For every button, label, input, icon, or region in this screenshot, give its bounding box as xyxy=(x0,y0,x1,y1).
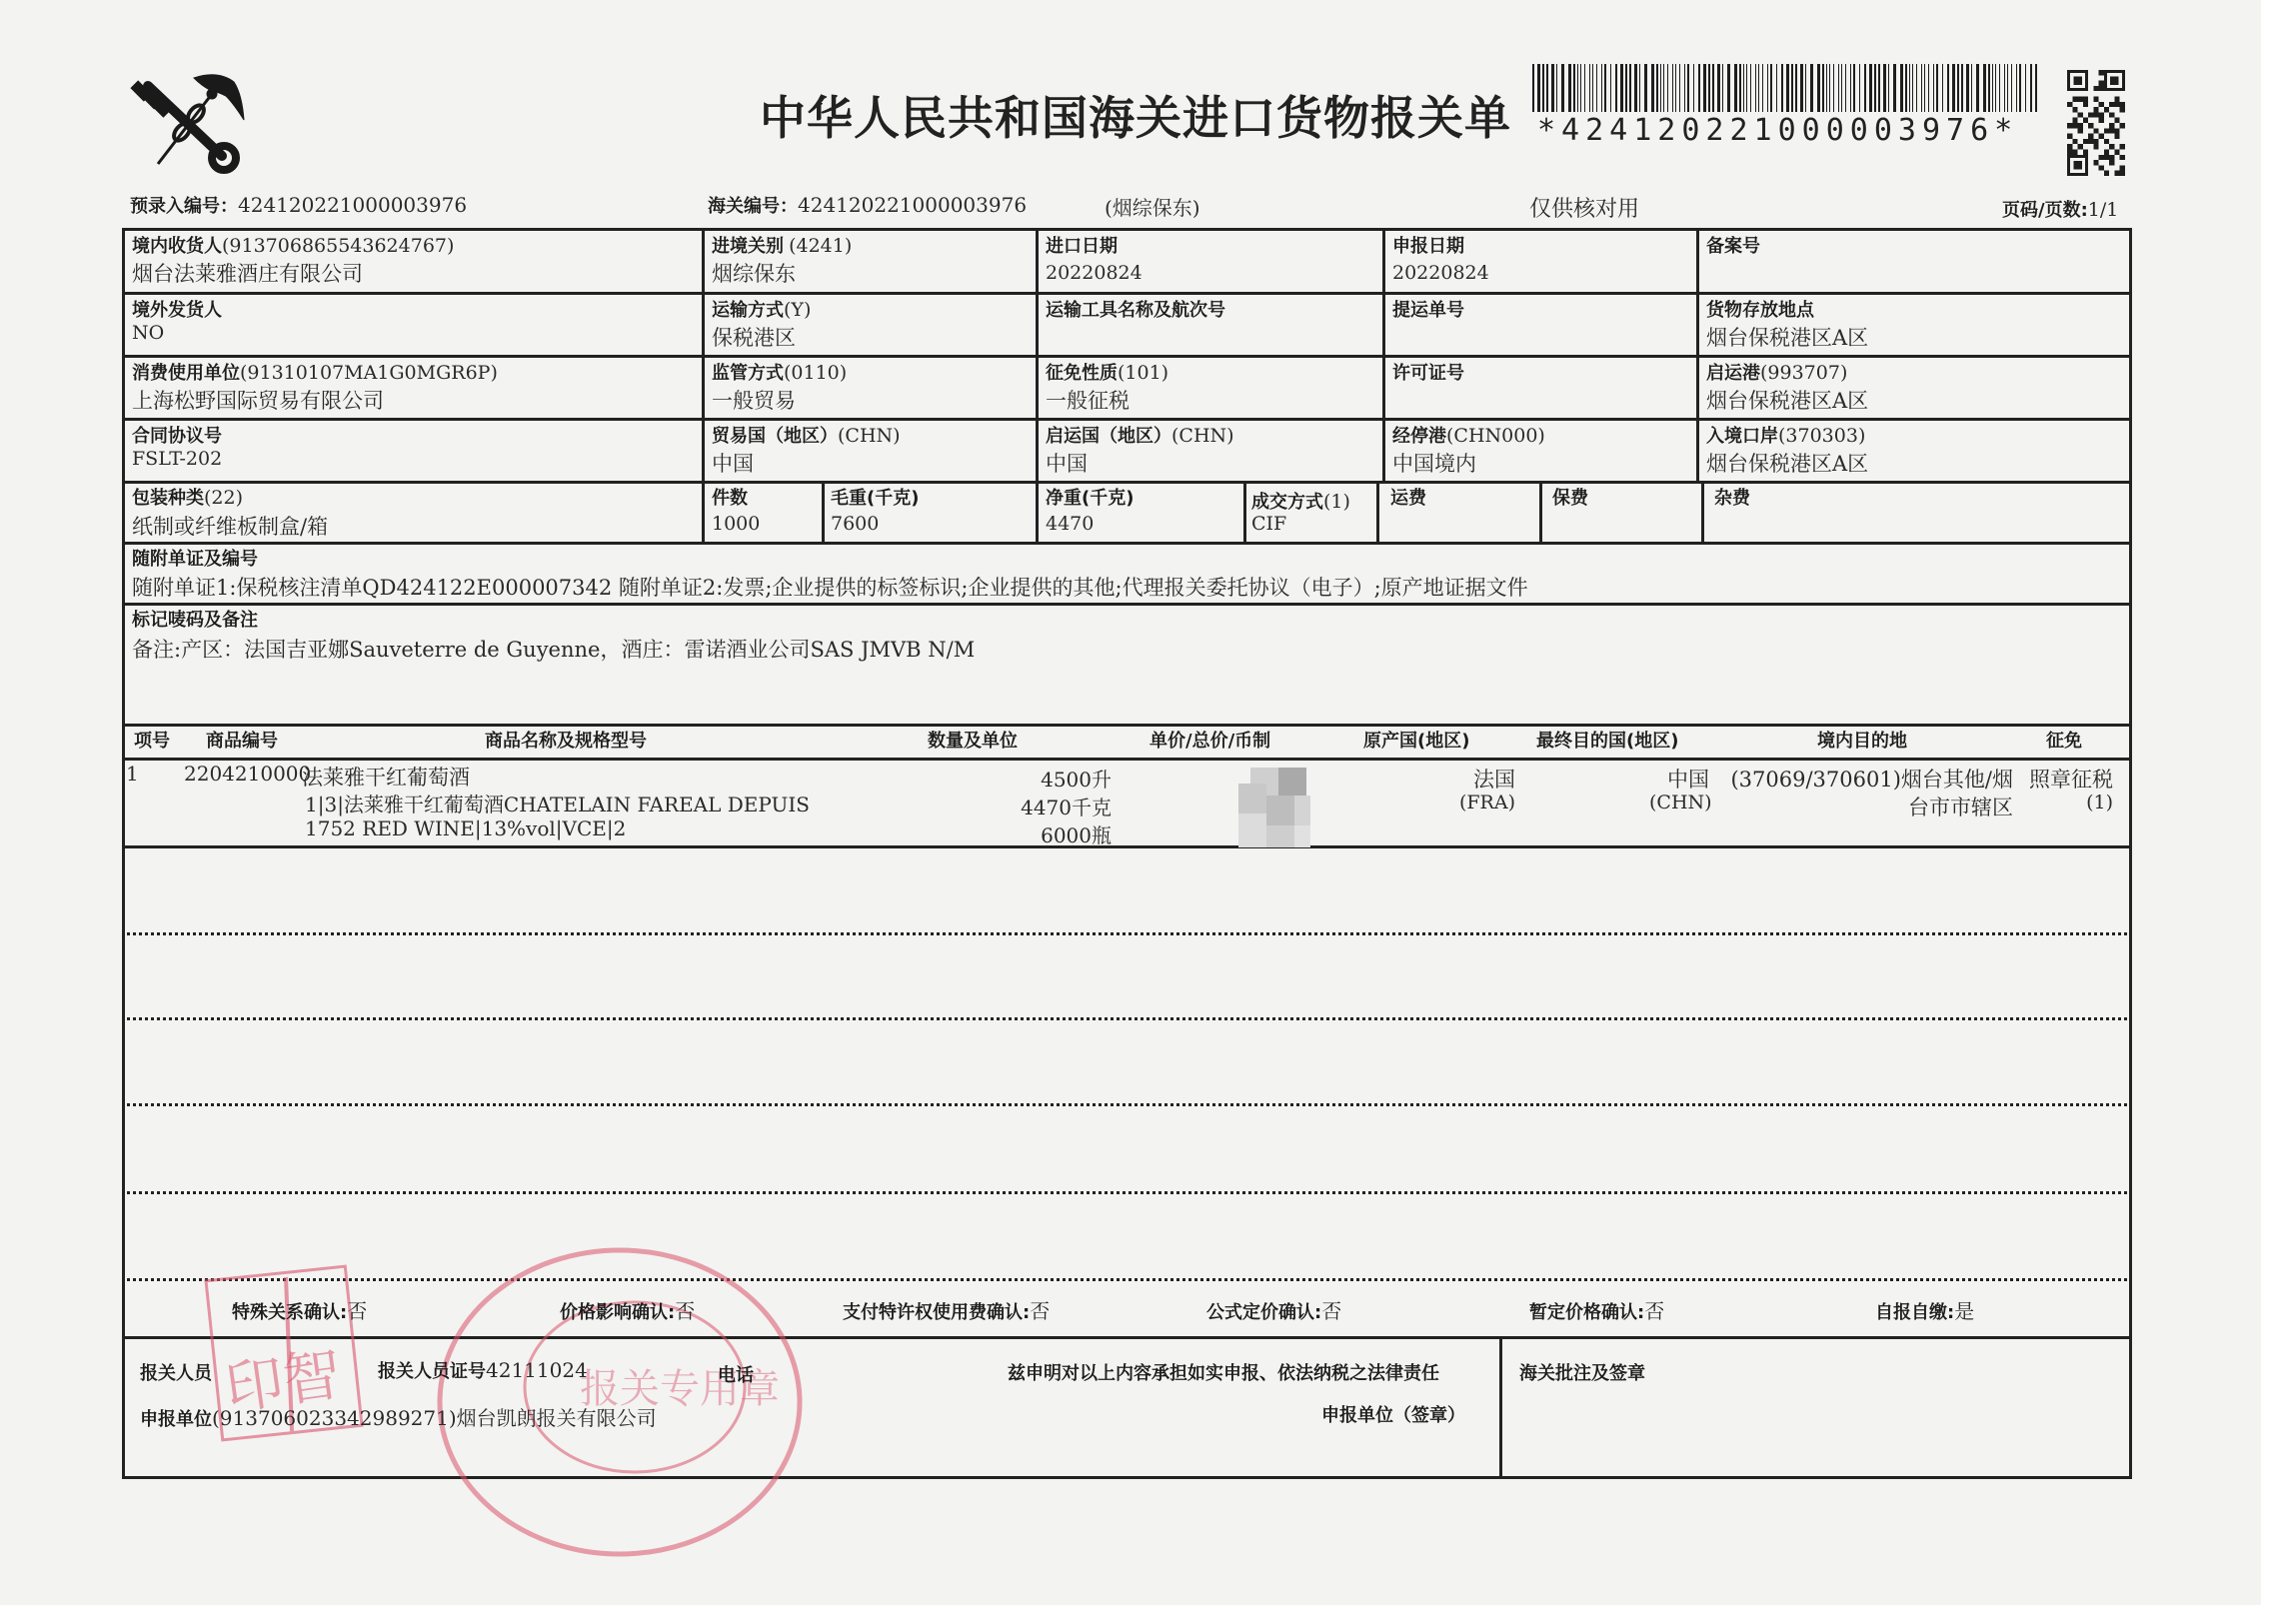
declare-date-label: 申报日期 xyxy=(1392,232,1464,258)
storage-place-value: 烟台保税港区A区 xyxy=(1706,322,1868,352)
storage-place-label: 货物存放地点 xyxy=(1706,296,1814,322)
confirm-royalty: 支付特许权使用费确认:否 xyxy=(843,1295,1050,1324)
barcode-icon xyxy=(1532,64,2037,112)
col-price-currency: 单价/总价/币制 xyxy=(1149,727,1270,753)
item-domestic-dest-1: (37069/370601)烟台其他/烟 xyxy=(1715,764,2013,794)
customs-emblem-icon xyxy=(130,64,250,176)
license-no-label: 许可证号 xyxy=(1392,359,1464,385)
consumer-field: 消费使用单位(91310107MA1G0MGR6P) xyxy=(132,359,498,385)
net-weight-label: 净重(千克) xyxy=(1046,484,1134,510)
declarant-field: 申报单位(913706023342989271)烟台凯朗报关有限公司 xyxy=(140,1402,657,1431)
pre-entry-number: 预录入编号：424120221000003976 xyxy=(130,192,467,218)
contract-no-label: 合同协议号 xyxy=(132,422,222,448)
declarant-seal-label: 申报单位（签章） xyxy=(1321,1401,1465,1427)
col-hs-code: 商品编号 xyxy=(206,727,278,753)
broker-label: 报关人员 xyxy=(140,1359,212,1385)
item-levy-code: (1) xyxy=(2057,792,2113,813)
declare-date-value: 20220824 xyxy=(1392,262,1489,284)
customs-number: 海关编号：424120221000003976 xyxy=(708,192,1027,218)
customs-office-note: (烟综保东) xyxy=(1105,192,1200,221)
item-domestic-dest-2: 台市市辖区 xyxy=(1815,792,2013,821)
departure-port-field: 启运港(993707) xyxy=(1706,359,1847,385)
vessel-label: 运输工具名称及航次号 xyxy=(1046,296,1225,322)
table-row xyxy=(125,848,2129,932)
bill-no-label: 提运单号 xyxy=(1392,296,1464,322)
item-name-line-3: 1752 RED WINE|13%vol|VCE|2 xyxy=(305,816,626,840)
item-origin-code: (FRA) xyxy=(1449,792,1515,813)
overseas-consignor-label: 境外发货人 xyxy=(132,296,222,322)
col-quantity-unit: 数量及单位 xyxy=(928,727,1018,753)
net-weight-value: 4470 xyxy=(1046,513,1094,535)
confirm-self-declare: 自报自缴:是 xyxy=(1875,1295,1974,1324)
barcode-number: *424120221000003976* xyxy=(1537,113,2018,148)
confirm-provisional-price: 暂定价格确认:否 xyxy=(1529,1295,1664,1324)
marks-remarks-label: 标记唛码及备注 xyxy=(132,606,258,632)
pieces-value: 1000 xyxy=(712,513,760,535)
entry-border-field: 入境口岸(370303) xyxy=(1706,422,1865,448)
supervision-mode-value: 一般贸易 xyxy=(712,385,796,415)
insurance-label: 保费 xyxy=(1552,484,1588,510)
package-type-value: 纸制或纤维板制盒/箱 xyxy=(132,511,328,541)
item-destination-code: (CHN) xyxy=(1649,792,1709,813)
entry-border-value: 烟台保税港区A区 xyxy=(1706,448,1868,478)
entry-port-field: 进境关别 (4241) xyxy=(712,232,852,258)
package-type-field: 包装种类(22) xyxy=(132,484,243,510)
table-row xyxy=(125,935,2129,1017)
transit-port-value: 中国境内 xyxy=(1392,448,1476,478)
table-row xyxy=(125,1020,2129,1103)
col-domestic-destination: 境内目的地 xyxy=(1817,727,1907,753)
customs-endorsement-label: 海关批注及签章 xyxy=(1519,1359,1645,1385)
trade-country-field: 贸易国（地区）(CHN) xyxy=(712,422,901,448)
item-no: 1 xyxy=(126,762,139,786)
transaction-mode-field: 成交方式(1) xyxy=(1251,488,1350,514)
trade-country-value: 中国 xyxy=(712,448,754,478)
item-name-line-1: 法莱雅干红葡萄酒 xyxy=(302,762,470,792)
table-row xyxy=(125,1106,2129,1191)
attached-docs-label: 随附单证及编号 xyxy=(132,545,258,571)
col-origin-country: 原产国(地区) xyxy=(1363,727,1469,753)
col-levy: 征免 xyxy=(2046,727,2082,753)
qr-code-icon xyxy=(2067,70,2125,176)
col-destination-country: 最终目的国(地区) xyxy=(1536,727,1678,753)
table-row xyxy=(125,1194,2129,1278)
overseas-consignor-value: NO xyxy=(132,322,164,344)
document-title: 中华人民共和国海关进口货物报关单 xyxy=(760,82,1511,148)
item-destination: 中国 xyxy=(1659,764,1709,794)
entry-port-value: 烟综保东 xyxy=(712,258,796,288)
marks-remarks-value: 备注:产区：法国吉亚娜Sauveterre de Guyenne，酒庄：雷诺酒业… xyxy=(132,634,975,664)
phone-label: 电话 xyxy=(718,1361,754,1387)
item-levy: 照章征税 xyxy=(2017,764,2113,794)
item-price-redacted xyxy=(1238,768,1334,847)
departure-country-value: 中国 xyxy=(1046,448,1088,478)
item-name-line-2: 1|3|法莱雅干红葡萄酒CHATELAIN FAREAL DEPUIS xyxy=(305,789,810,817)
consignee-value: 烟台法莱雅酒庄有限公司 xyxy=(132,258,363,288)
supervision-mode-field: 监管方式(0110) xyxy=(712,359,847,385)
verification-note: 仅供核对用 xyxy=(1529,192,1639,223)
departure-country-field: 启运国（地区）(CHN) xyxy=(1046,422,1234,448)
import-date-label: 进口日期 xyxy=(1046,232,1118,258)
legal-statement: 兹申明对以上内容承担如实申报、依法纳税之法律责任 xyxy=(1008,1359,1439,1385)
item-qty-kg: 4470千克 xyxy=(980,792,1112,820)
misc-fee-label: 杂费 xyxy=(1714,484,1750,510)
attached-docs-value: 随附单证1:保税核注清单QD424122E000007342 随附单证2:发票;… xyxy=(132,572,1528,602)
consignee-field: 境内收货人(913706865543624767) xyxy=(132,232,454,258)
record-no-label: 备案号 xyxy=(1706,232,1760,258)
contract-no-value: FSLT-202 xyxy=(132,448,222,470)
col-item-no: 项号 xyxy=(134,727,170,753)
broker-cert: 报关人员证号42111024 xyxy=(378,1357,588,1383)
item-origin: 法国 xyxy=(1459,764,1515,794)
freight-label: 运费 xyxy=(1390,484,1426,510)
confirm-formula-pricing: 公式定价确认:否 xyxy=(1206,1295,1341,1324)
departure-port-value: 烟台保税港区A区 xyxy=(1706,385,1868,415)
page-indicator: 页码/页数:1/1 xyxy=(2002,196,2118,222)
levy-nature-value: 一般征税 xyxy=(1046,385,1130,415)
transport-mode-value: 保税港区 xyxy=(712,322,796,352)
confirm-special-relation: 特殊关系确认:否 xyxy=(232,1295,367,1324)
levy-nature-field: 征免性质(101) xyxy=(1046,359,1168,385)
transport-mode-field: 运输方式(Y) xyxy=(712,296,811,322)
col-name-spec: 商品名称及规格型号 xyxy=(485,727,647,753)
transaction-mode-value: CIF xyxy=(1251,513,1286,535)
item-qty-liters: 4500升 xyxy=(1000,764,1112,793)
transit-port-field: 经停港(CHN000) xyxy=(1392,422,1545,448)
confirm-price-influence: 价格影响确认:否 xyxy=(560,1295,695,1324)
gross-weight-label: 毛重(千克) xyxy=(831,484,919,510)
import-date-value: 20220824 xyxy=(1046,262,1143,284)
consumer-value: 上海松野国际贸易有限公司 xyxy=(132,385,384,415)
item-hs-code: 2204210000 xyxy=(184,762,311,786)
item-qty-bottles: 6000瓶 xyxy=(980,819,1112,848)
pieces-label: 件数 xyxy=(712,484,748,510)
gross-weight-value: 7600 xyxy=(831,513,879,535)
